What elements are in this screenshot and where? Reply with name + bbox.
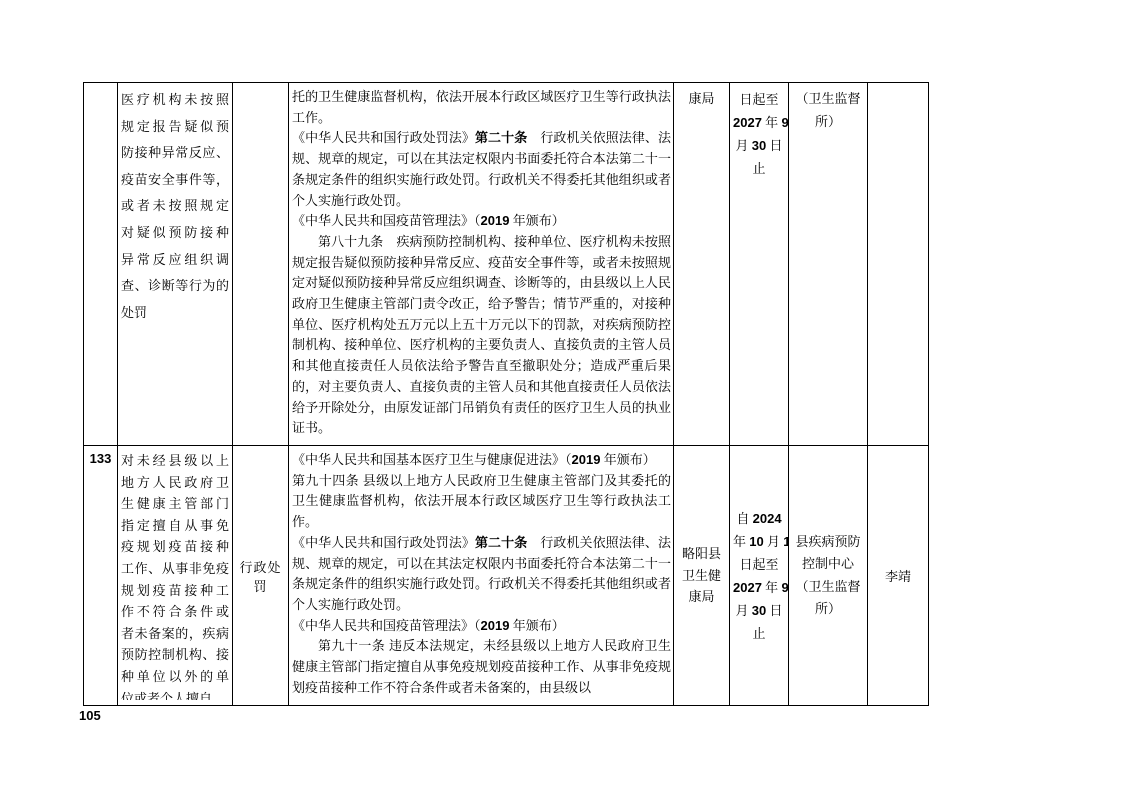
item-name-cell: 医疗机构未按照规定报告疑似预防接种异常反应、疫苗安全事件等，或者未按照规定对疑似…: [118, 83, 233, 446]
table-row-133: 133 对未经县级以上地方人民政府卫生健康主管部门指定擅自从事免疫规划疫苗接种工…: [84, 446, 929, 706]
item-name-cell: 对未经县级以上地方人民政府卫生健康主管部门指定擅自从事免疫规划疫苗接种工作、从事…: [118, 446, 233, 706]
delegated-org-cell: （卫生监督所）: [789, 83, 868, 446]
penalty-items-table: 医疗机构未按照规定报告疑似预防接种异常反应、疫苗安全事件等，或者未按照规定对疑似…: [83, 82, 929, 706]
item-type-cell: [233, 83, 289, 446]
item-type-cell: 行政处罚: [233, 446, 289, 706]
delegating-authority-cell: 略阳县卫生健康局: [674, 446, 730, 706]
delegated-org-cell: 县疾病预防控制中心（卫生监督所）: [789, 446, 868, 706]
delegation-period-cell: 自 2024年 10 月 1日起至2027 年 9月 30 日止: [730, 446, 789, 706]
legal-basis-text: 《中华人民共和国基本医疗卫生与健康促进法》（2019 年颁布）第九十四条 县级以…: [292, 450, 671, 698]
responsible-person-cell: [868, 83, 929, 446]
legal-basis-cell: 《中华人民共和国基本医疗卫生与健康促进法》（2019 年颁布）第九十四条 县级以…: [289, 446, 674, 706]
row-number-cell: 133: [84, 446, 118, 706]
document-page: 医疗机构未按照规定报告疑似预防接种异常反应、疫苗安全事件等，或者未按照规定对疑似…: [0, 0, 1122, 793]
row-number-cell: [84, 83, 118, 446]
page-number: 105: [79, 708, 101, 723]
delegating-authority-cell: 康局: [674, 83, 730, 446]
item-name-text: 对未经县级以上地方人民政府卫生健康主管部门指定擅自从事免疫规划疫苗接种工作、从事…: [121, 450, 229, 700]
delegation-period-cell: 日起至2027 年 9月 30 日止: [730, 83, 789, 446]
legal-basis-cell: 托的卫生健康监督机构，依法开展本行政区域医疗卫生等行政执法工作。《中华人民共和国…: [289, 83, 674, 446]
responsible-person-cell: 李靖: [868, 446, 929, 706]
table-row-continued: 医疗机构未按照规定报告疑似预防接种异常反应、疫苗安全事件等，或者未按照规定对疑似…: [84, 83, 929, 446]
